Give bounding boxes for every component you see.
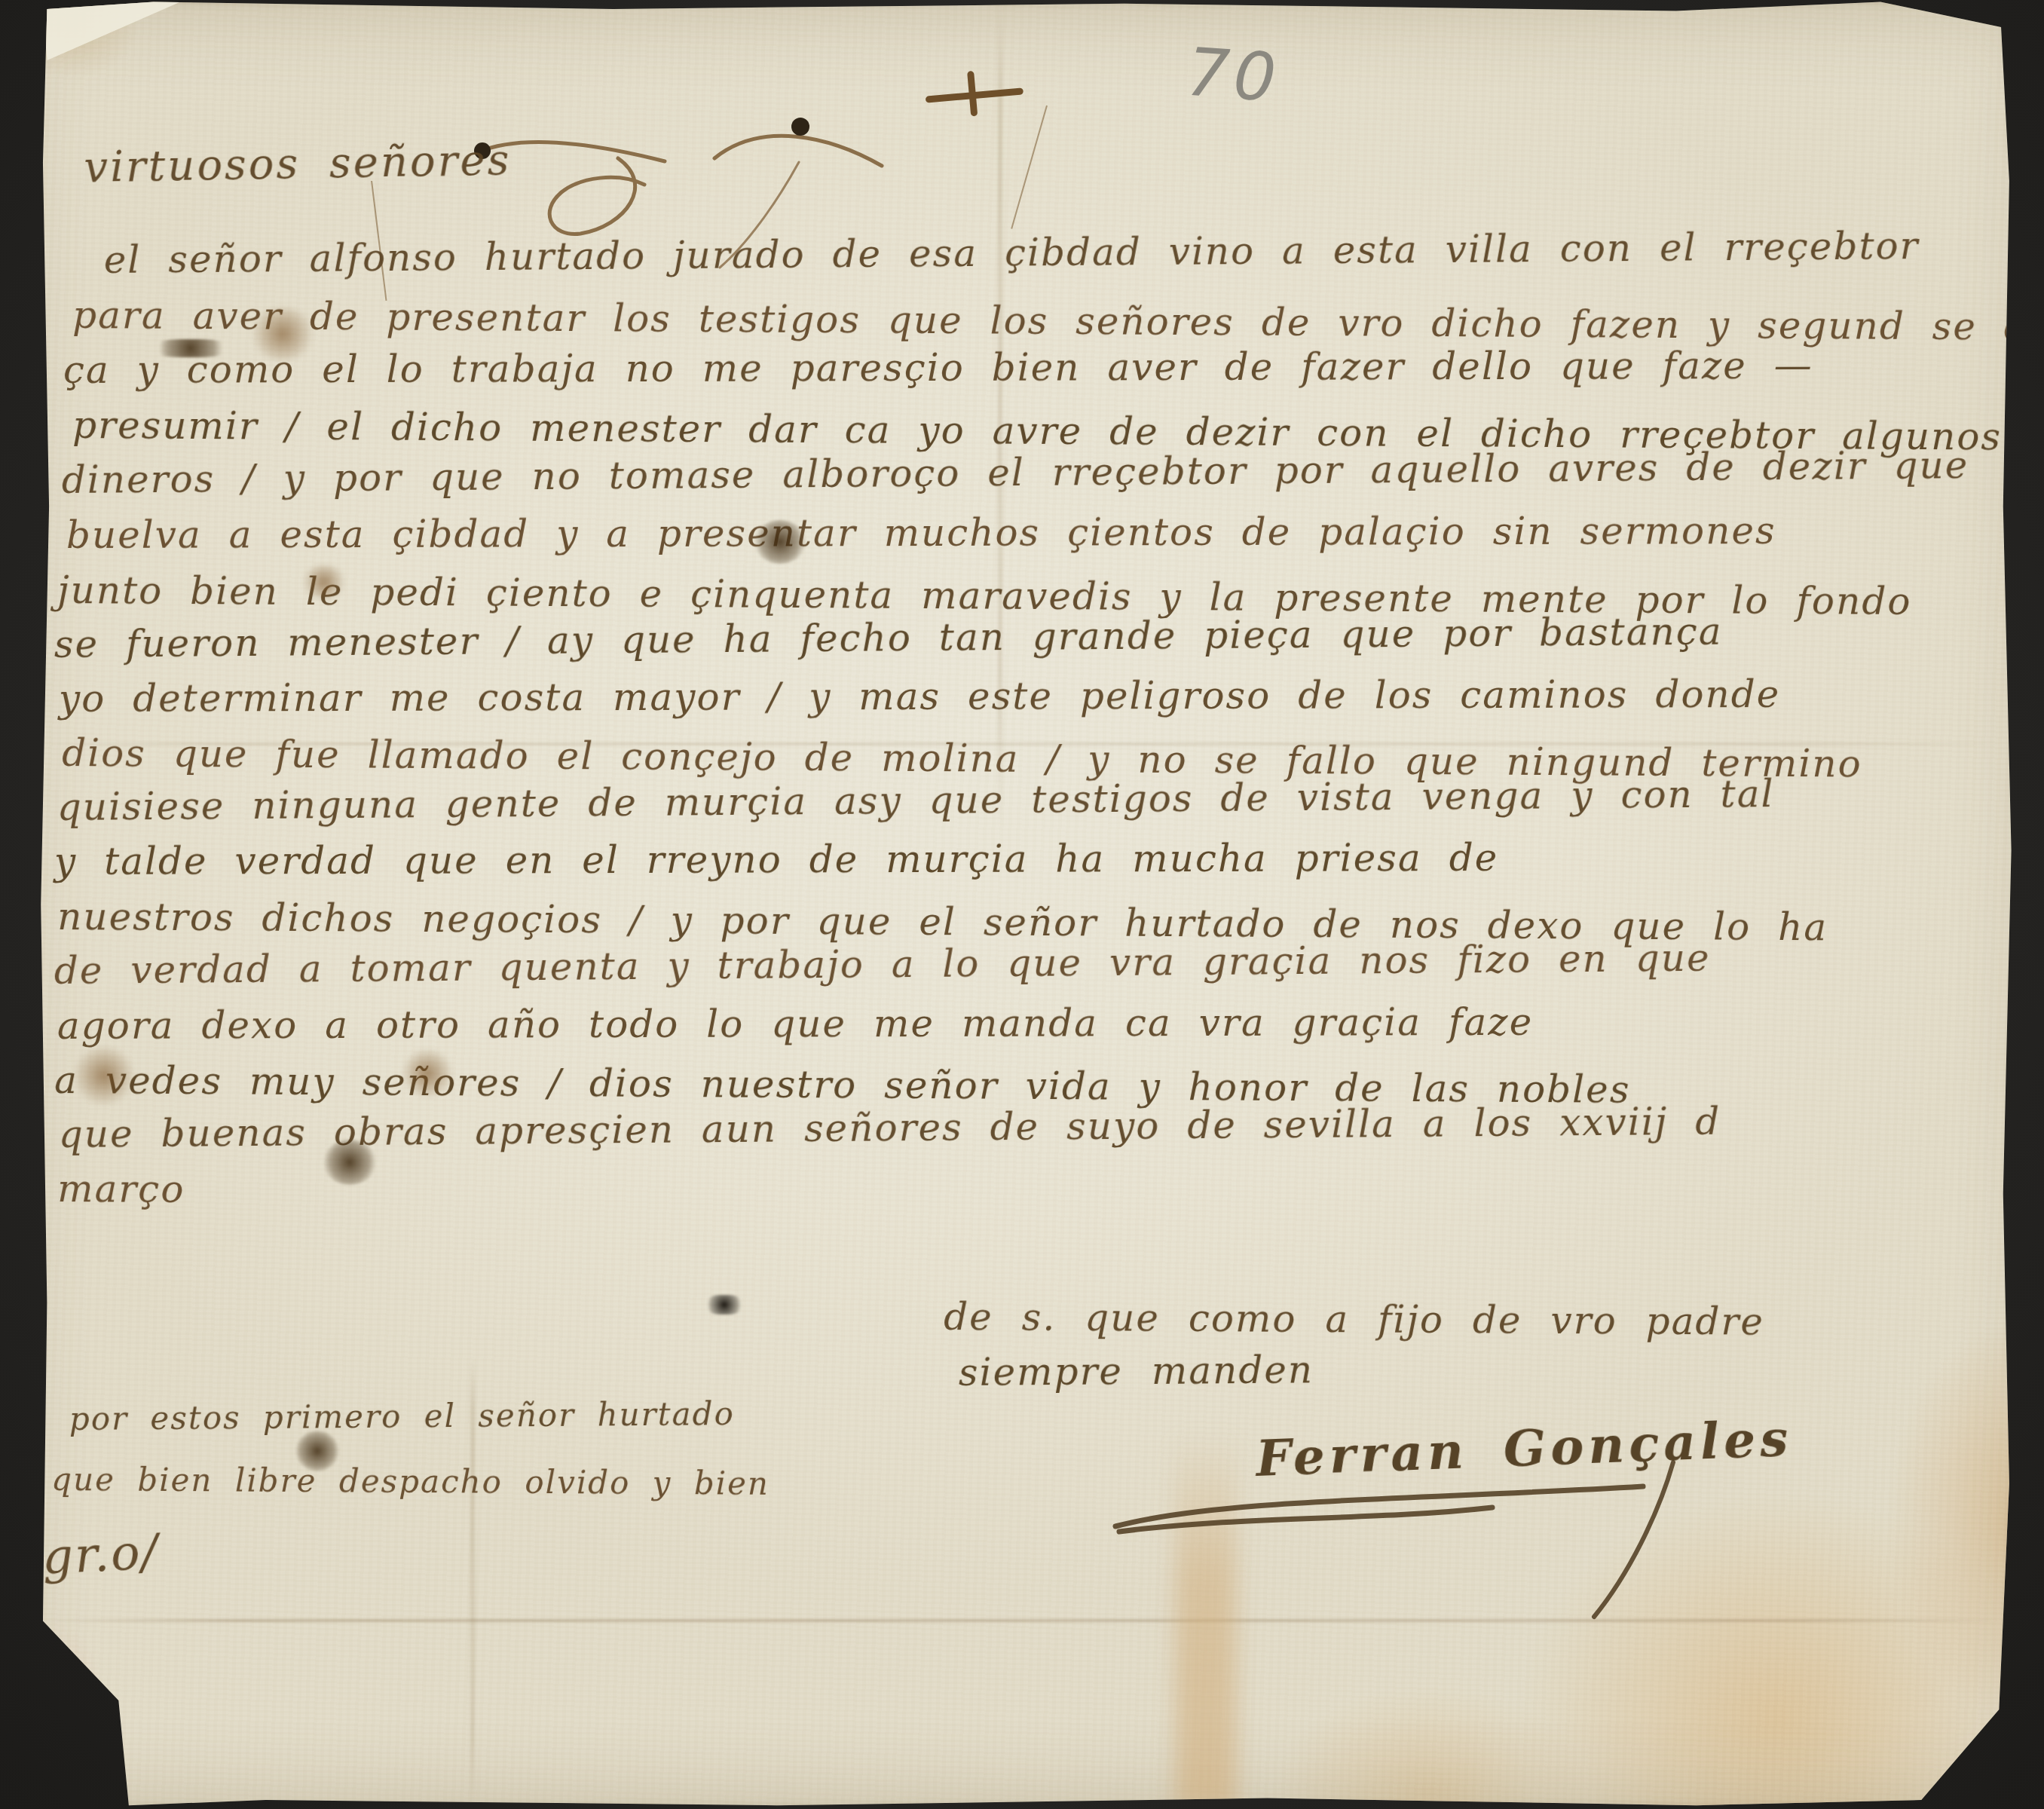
ink-smudge xyxy=(401,1049,454,1097)
ink-smudge xyxy=(149,339,232,357)
folio-number: 70 xyxy=(1185,33,1284,117)
body-line: se fueron menester / ay que ha fecho tan… xyxy=(54,610,1723,666)
body-line: yo determinar me costa mayor / y mas est… xyxy=(59,672,1780,721)
body-line: ça y como el lo trabaja no me paresçio b… xyxy=(63,344,1813,392)
body-line: y talde verdad que en el rreyno de murçi… xyxy=(54,836,1498,883)
body-line: de verdad a tomar quenta y trabajo a lo … xyxy=(54,936,1711,993)
stray-ink-hairline-1 xyxy=(1011,106,1048,229)
ink-smudge xyxy=(754,520,806,564)
body-line: el señor alfonso hurtado jurado de esa ç… xyxy=(104,224,1920,282)
closing-line: de s. que como a fijo de vro padre xyxy=(944,1295,1764,1344)
body-line: quisiese ninguna gente de murçia asy que… xyxy=(57,772,1775,829)
torn-corner-flap xyxy=(41,0,185,60)
ink-smudge xyxy=(295,1431,339,1471)
body-line: dineros / y por que no tomase alboroço e… xyxy=(62,443,1969,502)
body-line: agora dexo a otro año todo lo que me man… xyxy=(57,1000,1533,1048)
ink-smudge xyxy=(300,565,348,598)
docket-line: que bien libre despacho olvido y bien xyxy=(51,1461,770,1502)
ink-smudge xyxy=(72,1046,136,1105)
closing-line: siempre manden xyxy=(959,1348,1314,1394)
body-line: março xyxy=(57,1167,185,1211)
body-line: que buenas obras apresçien aun señores d… xyxy=(59,1100,1721,1156)
ink-smudge xyxy=(323,1140,377,1185)
letter-salutation: virtuosos señores xyxy=(84,136,512,192)
docket-mark: gr.o/ xyxy=(41,1524,161,1586)
ink-blot xyxy=(705,1295,744,1315)
manuscript-paper: 70 virtuosos señores el señor alfonso hu… xyxy=(0,0,2044,1809)
body-line: buelva a esta çibdad y a presentar mucho… xyxy=(66,509,1776,557)
ink-smudge xyxy=(249,308,317,360)
body-line: para aver de presentar los testigos que … xyxy=(72,293,2044,350)
cross-mark xyxy=(923,62,1026,130)
signature-rubric-flourish xyxy=(1100,1455,1779,1636)
docket-line: por estos primero el señor hurtado xyxy=(69,1395,735,1437)
